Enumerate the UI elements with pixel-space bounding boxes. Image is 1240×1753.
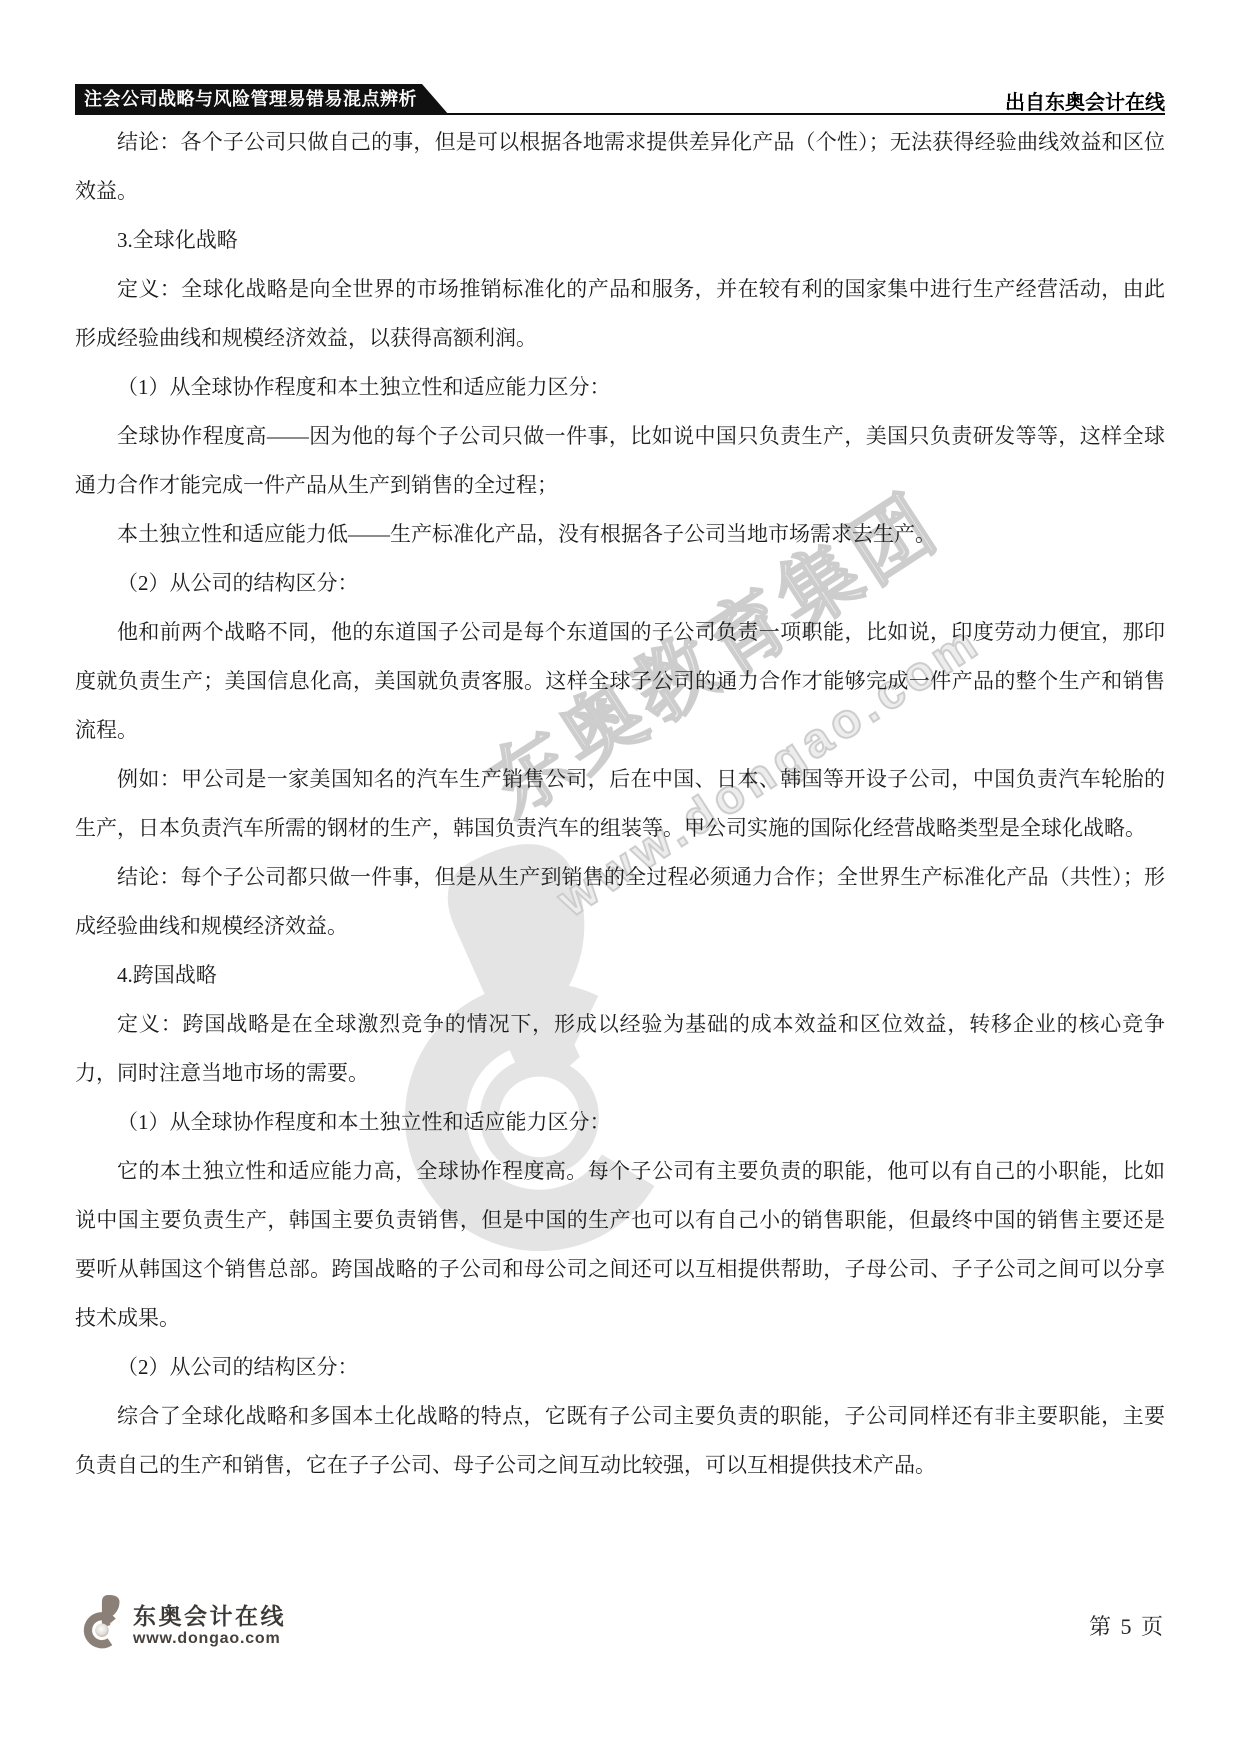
paragraph: 全球协作程度高——因为他的每个子公司只做一件事，比如说中国只负责生产，美国只负责… [75,412,1165,510]
dongao-logo-icon [78,1594,131,1652]
document-page: 东奥教育集团 www.dongao.com 注会公司战略与风险管理易错易混点辨析… [0,0,1240,1753]
footer-brand-url: www.dongao.com [133,1629,286,1648]
paragraph: 定义：全球化战略是向全世界的市场推销标准化的产品和服务，并在较有利的国家集中进行… [75,265,1165,363]
paragraph: 本土独立性和适应能力低——生产标准化产品，没有根据各子公司当地市场需求去生产。 [75,510,1165,559]
paragraph: 结论：各个子公司只做自己的事，但是可以根据各地需求提供差异化产品（个性）；无法获… [75,118,1165,216]
footer-brand: 东奥会计在线 www.dongao.com [133,1603,286,1648]
document-body: 结论：各个子公司只做自己的事，但是可以根据各地需求提供差异化产品（个性）；无法获… [75,118,1165,1490]
paragraph: （2）从公司的结构区分： [75,559,1165,608]
paragraph: 3.全球化战略 [75,216,1165,265]
paragraph: 它的本土独立性和适应能力高，全球协作程度高。每个子公司有主要负责的职能，他可以有… [75,1147,1165,1343]
page-number: 第 5 页 [1089,1610,1165,1641]
paragraph: 4.跨国战略 [75,951,1165,1000]
paragraph: （2）从公司的结构区分： [75,1343,1165,1392]
paragraph: 他和前两个战略不同，他的东道国子公司是每个东道国的子公司负责一项职能，比如说，印… [75,608,1165,755]
paragraph: （1）从全球协作程度和本土独立性和适应能力区分： [75,1098,1165,1147]
paragraph: 定义：跨国战略是在全球激烈竞争的情况下，形成以经验为基础的成本效益和区位效益，转… [75,1000,1165,1098]
header-source-label: 出自东奥会计在线 [1005,86,1165,115]
footer-brand-name: 东奥会计在线 [133,1603,286,1629]
paragraph: 例如：甲公司是一家美国知名的汽车生产销售公司，后在中国、日本、韩国等开设子公司，… [75,755,1165,853]
paragraph: 结论：每个子公司都只做一件事，但是从生产到销售的全过程必须通力合作；全世界生产标… [75,853,1165,951]
header-banner: 注会公司战略与风险管理易错易混点辨析 [75,84,449,115]
paragraph: 综合了全球化战略和多国本土化战略的特点，它既有子公司主要负责的职能，子公司同样还… [75,1392,1165,1490]
paragraph: （1）从全球协作程度和本土独立性和适应能力区分： [75,363,1165,412]
header-banner-title: 注会公司战略与风险管理易错易混点辨析 [75,84,449,115]
